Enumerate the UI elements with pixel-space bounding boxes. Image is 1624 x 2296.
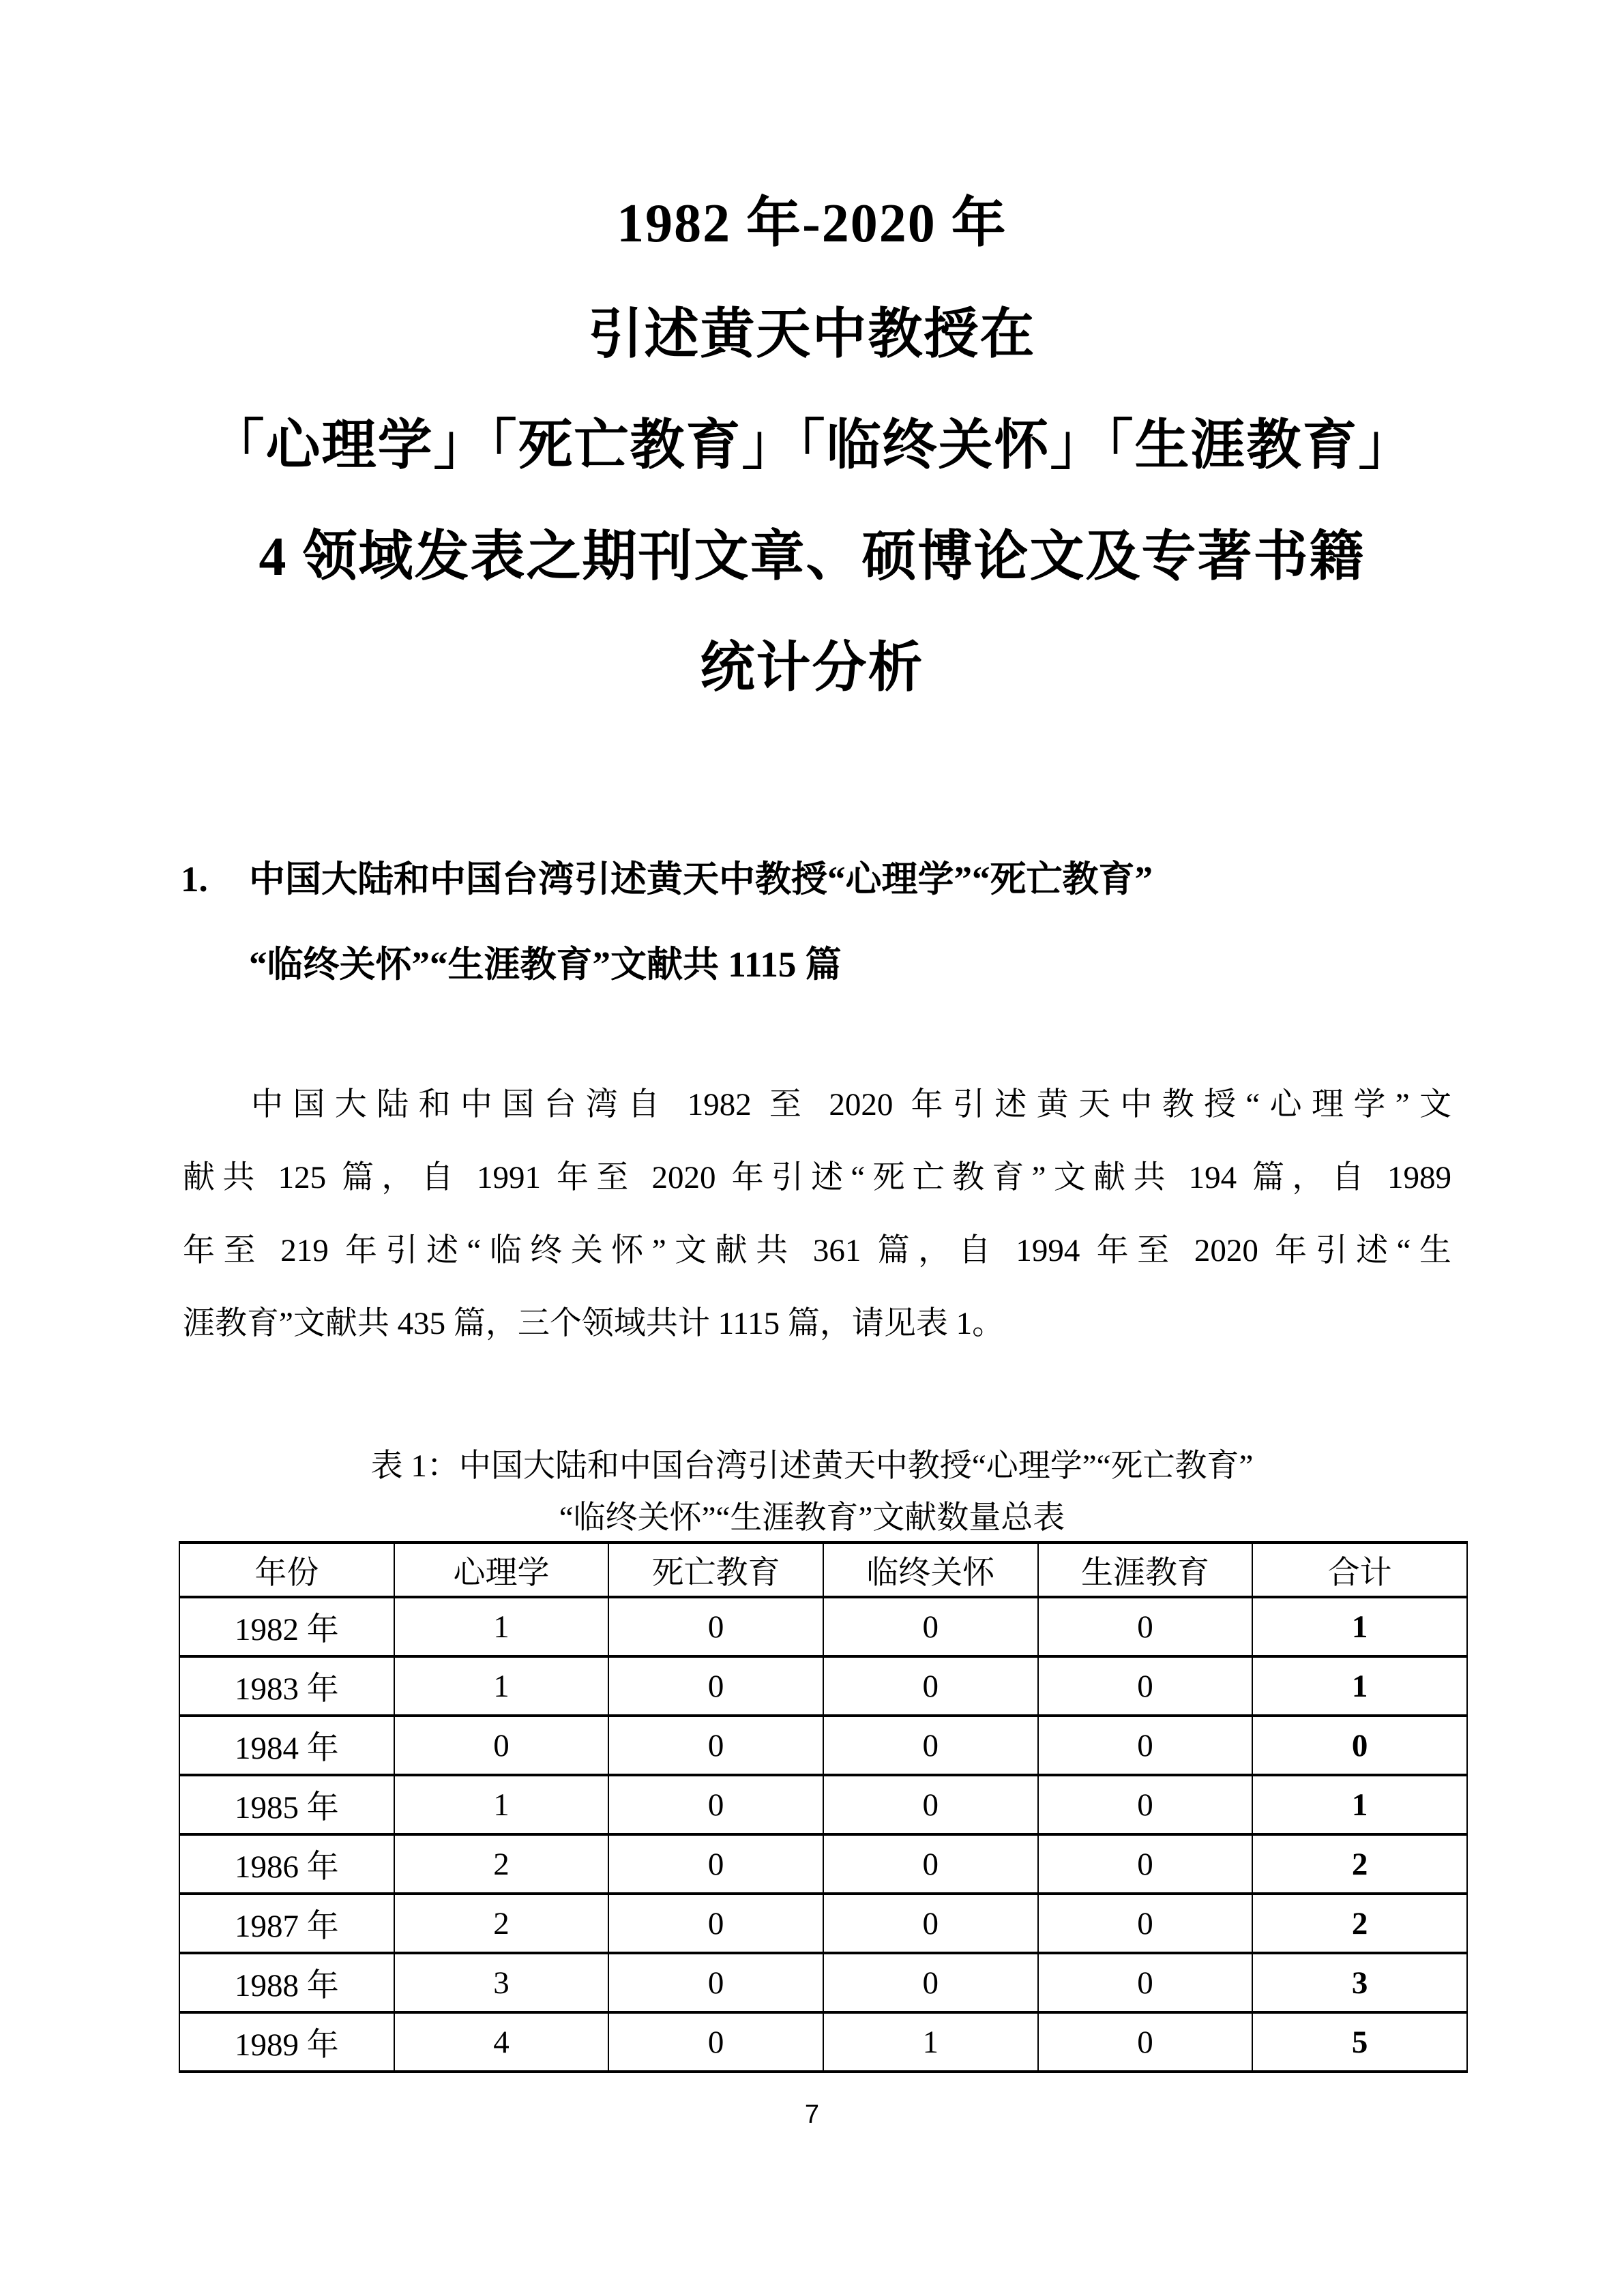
title-line-2: 引述黄天中教授在 [0, 287, 1624, 398]
value-cell: 0 [1038, 2012, 1253, 2072]
header-cell-year: 年份 [179, 1542, 394, 1597]
value-cell: 0 [608, 2012, 823, 2072]
value-cell: 0 [1038, 1716, 1253, 1775]
value-cell: 0 [823, 1597, 1038, 1656]
value-cell: 0 [1038, 1656, 1253, 1716]
total-cell: 2 [1252, 1894, 1467, 1953]
title-line-3: 「心理学」「死亡教育」「临终关怀」「生涯教育」 [0, 398, 1624, 509]
value-cell: 0 [823, 1953, 1038, 2012]
total-cell: 0 [1252, 1716, 1467, 1775]
value-cell: 4 [394, 2012, 609, 2072]
value-cell: 0 [608, 1834, 823, 1894]
header-cell-hospice-care: 临终关怀 [823, 1542, 1038, 1597]
section-heading-line-2: “临终关怀”“生涯教育”文献共 1115 篇 [181, 923, 1456, 1008]
paragraph-line-4: 涯教育”文献共 435 篇，三个领域共计 1115 篇，请见表 1。 [183, 1287, 1451, 1360]
value-cell: 2 [394, 1834, 609, 1894]
value-cell: 0 [608, 1716, 823, 1775]
table-row-1988: 1988 年 3 0 0 0 3 [179, 1953, 1467, 2012]
header-cell-psychology: 心理学 [394, 1542, 609, 1597]
value-cell: 0 [823, 1656, 1038, 1716]
summary-table: 年份 心理学 死亡教育 临终关怀 生涯教育 合计 1982 年 1 0 0 0 … [179, 1541, 1468, 2073]
table-row-1984: 1984 年 0 0 0 0 0 [179, 1716, 1467, 1775]
table-row-1989: 1989 年 4 0 1 0 5 [179, 2012, 1467, 2072]
table-row-1985: 1985 年 1 0 0 0 1 [179, 1775, 1467, 1834]
value-cell: 2 [394, 1894, 609, 1953]
total-cell: 3 [1252, 1953, 1467, 2012]
value-cell: 1 [394, 1597, 609, 1656]
table-caption-line-2: “临终关怀”“生涯教育”文献数量总表 [0, 1492, 1624, 1544]
value-cell: 0 [608, 1894, 823, 1953]
year-cell: 1985 年 [179, 1775, 394, 1834]
value-cell: 0 [1038, 1953, 1253, 2012]
section-heading-text-1: 中国大陆和中国台湾引述黄天中教授“心理学”“死亡教育” [249, 860, 1153, 899]
value-cell: 0 [1038, 1834, 1253, 1894]
title-line-1: 1982 年-2020 年 [0, 176, 1624, 287]
value-cell: 3 [394, 1953, 609, 2012]
year-cell: 1986 年 [179, 1834, 394, 1894]
header-cell-total: 合计 [1252, 1542, 1467, 1597]
table-caption-line-1: 表 1：中国大陆和中国台湾引述黄天中教授“心理学”“死亡教育” [0, 1440, 1624, 1492]
value-cell: 0 [823, 1775, 1038, 1834]
section-number: 1. [181, 837, 249, 923]
value-cell: 0 [1038, 1775, 1253, 1834]
year-cell: 1987 年 [179, 1894, 394, 1953]
value-cell: 1 [394, 1775, 609, 1834]
section-heading-line-1: 1.中国大陆和中国台湾引述黄天中教授“心理学”“死亡教育” [181, 837, 1456, 923]
value-cell: 0 [823, 1716, 1038, 1775]
value-cell: 0 [608, 1656, 823, 1716]
page-number: 7 [0, 2100, 1624, 2130]
total-cell: 5 [1252, 2012, 1467, 2072]
document-page: 1982 年-2020 年 引述黄天中教授在 「心理学」「死亡教育」「临终关怀」… [0, 0, 1624, 2296]
title-line-5: 统计分析 [0, 621, 1624, 732]
table-header-row: 年份 心理学 死亡教育 临终关怀 生涯教育 合计 [179, 1542, 1467, 1597]
paragraph-line-2: 献共 125 篇，自 1991 年至 2020 年引述“死亡教育”文献共 194… [183, 1142, 1451, 1214]
paragraph-line-1: 中国大陆和中国台湾自 1982 至 2020 年引述黄天中教授“心理学”文 [183, 1069, 1451, 1142]
header-cell-death-education: 死亡教育 [608, 1542, 823, 1597]
year-cell: 1982 年 [179, 1597, 394, 1656]
value-cell: 0 [608, 1597, 823, 1656]
table-row-1983: 1983 年 1 0 0 0 1 [179, 1656, 1467, 1716]
header-cell-career-education: 生涯教育 [1038, 1542, 1253, 1597]
table-row-1986: 1986 年 2 0 0 0 2 [179, 1834, 1467, 1894]
value-cell: 0 [1038, 1894, 1253, 1953]
value-cell: 0 [608, 1953, 823, 2012]
value-cell: 1 [394, 1656, 609, 1716]
table-row-1982: 1982 年 1 0 0 0 1 [179, 1597, 1467, 1656]
value-cell: 0 [608, 1775, 823, 1834]
year-cell: 1989 年 [179, 2012, 394, 2072]
body-paragraph: 中国大陆和中国台湾自 1982 至 2020 年引述黄天中教授“心理学”文 献共… [183, 1069, 1451, 1360]
value-cell: 0 [823, 1834, 1038, 1894]
table-row-1987: 1987 年 2 0 0 0 2 [179, 1894, 1467, 1953]
total-cell: 2 [1252, 1834, 1467, 1894]
total-cell: 1 [1252, 1775, 1467, 1834]
total-cell: 1 [1252, 1597, 1467, 1656]
year-cell: 1988 年 [179, 1953, 394, 2012]
year-cell: 1983 年 [179, 1656, 394, 1716]
document-title: 1982 年-2020 年 引述黄天中教授在 「心理学」「死亡教育」「临终关怀」… [0, 176, 1624, 732]
paragraph-line-3: 年至 219 年引述“临终关怀”文献共 361 篇，自 1994 年至 2020… [183, 1214, 1451, 1287]
title-line-4: 4 领域发表之期刊文章、硕博论文及专著书籍 [0, 509, 1624, 621]
table-caption: 表 1：中国大陆和中国台湾引述黄天中教授“心理学”“死亡教育” “临终关怀”“生… [0, 1440, 1624, 1544]
section-heading: 1.中国大陆和中国台湾引述黄天中教授“心理学”“死亡教育” “临终关怀”“生涯教… [181, 837, 1456, 1008]
value-cell: 0 [1038, 1597, 1253, 1656]
value-cell: 0 [823, 1894, 1038, 1953]
year-cell: 1984 年 [179, 1716, 394, 1775]
value-cell: 1 [823, 2012, 1038, 2072]
total-cell: 1 [1252, 1656, 1467, 1716]
value-cell: 0 [394, 1716, 609, 1775]
